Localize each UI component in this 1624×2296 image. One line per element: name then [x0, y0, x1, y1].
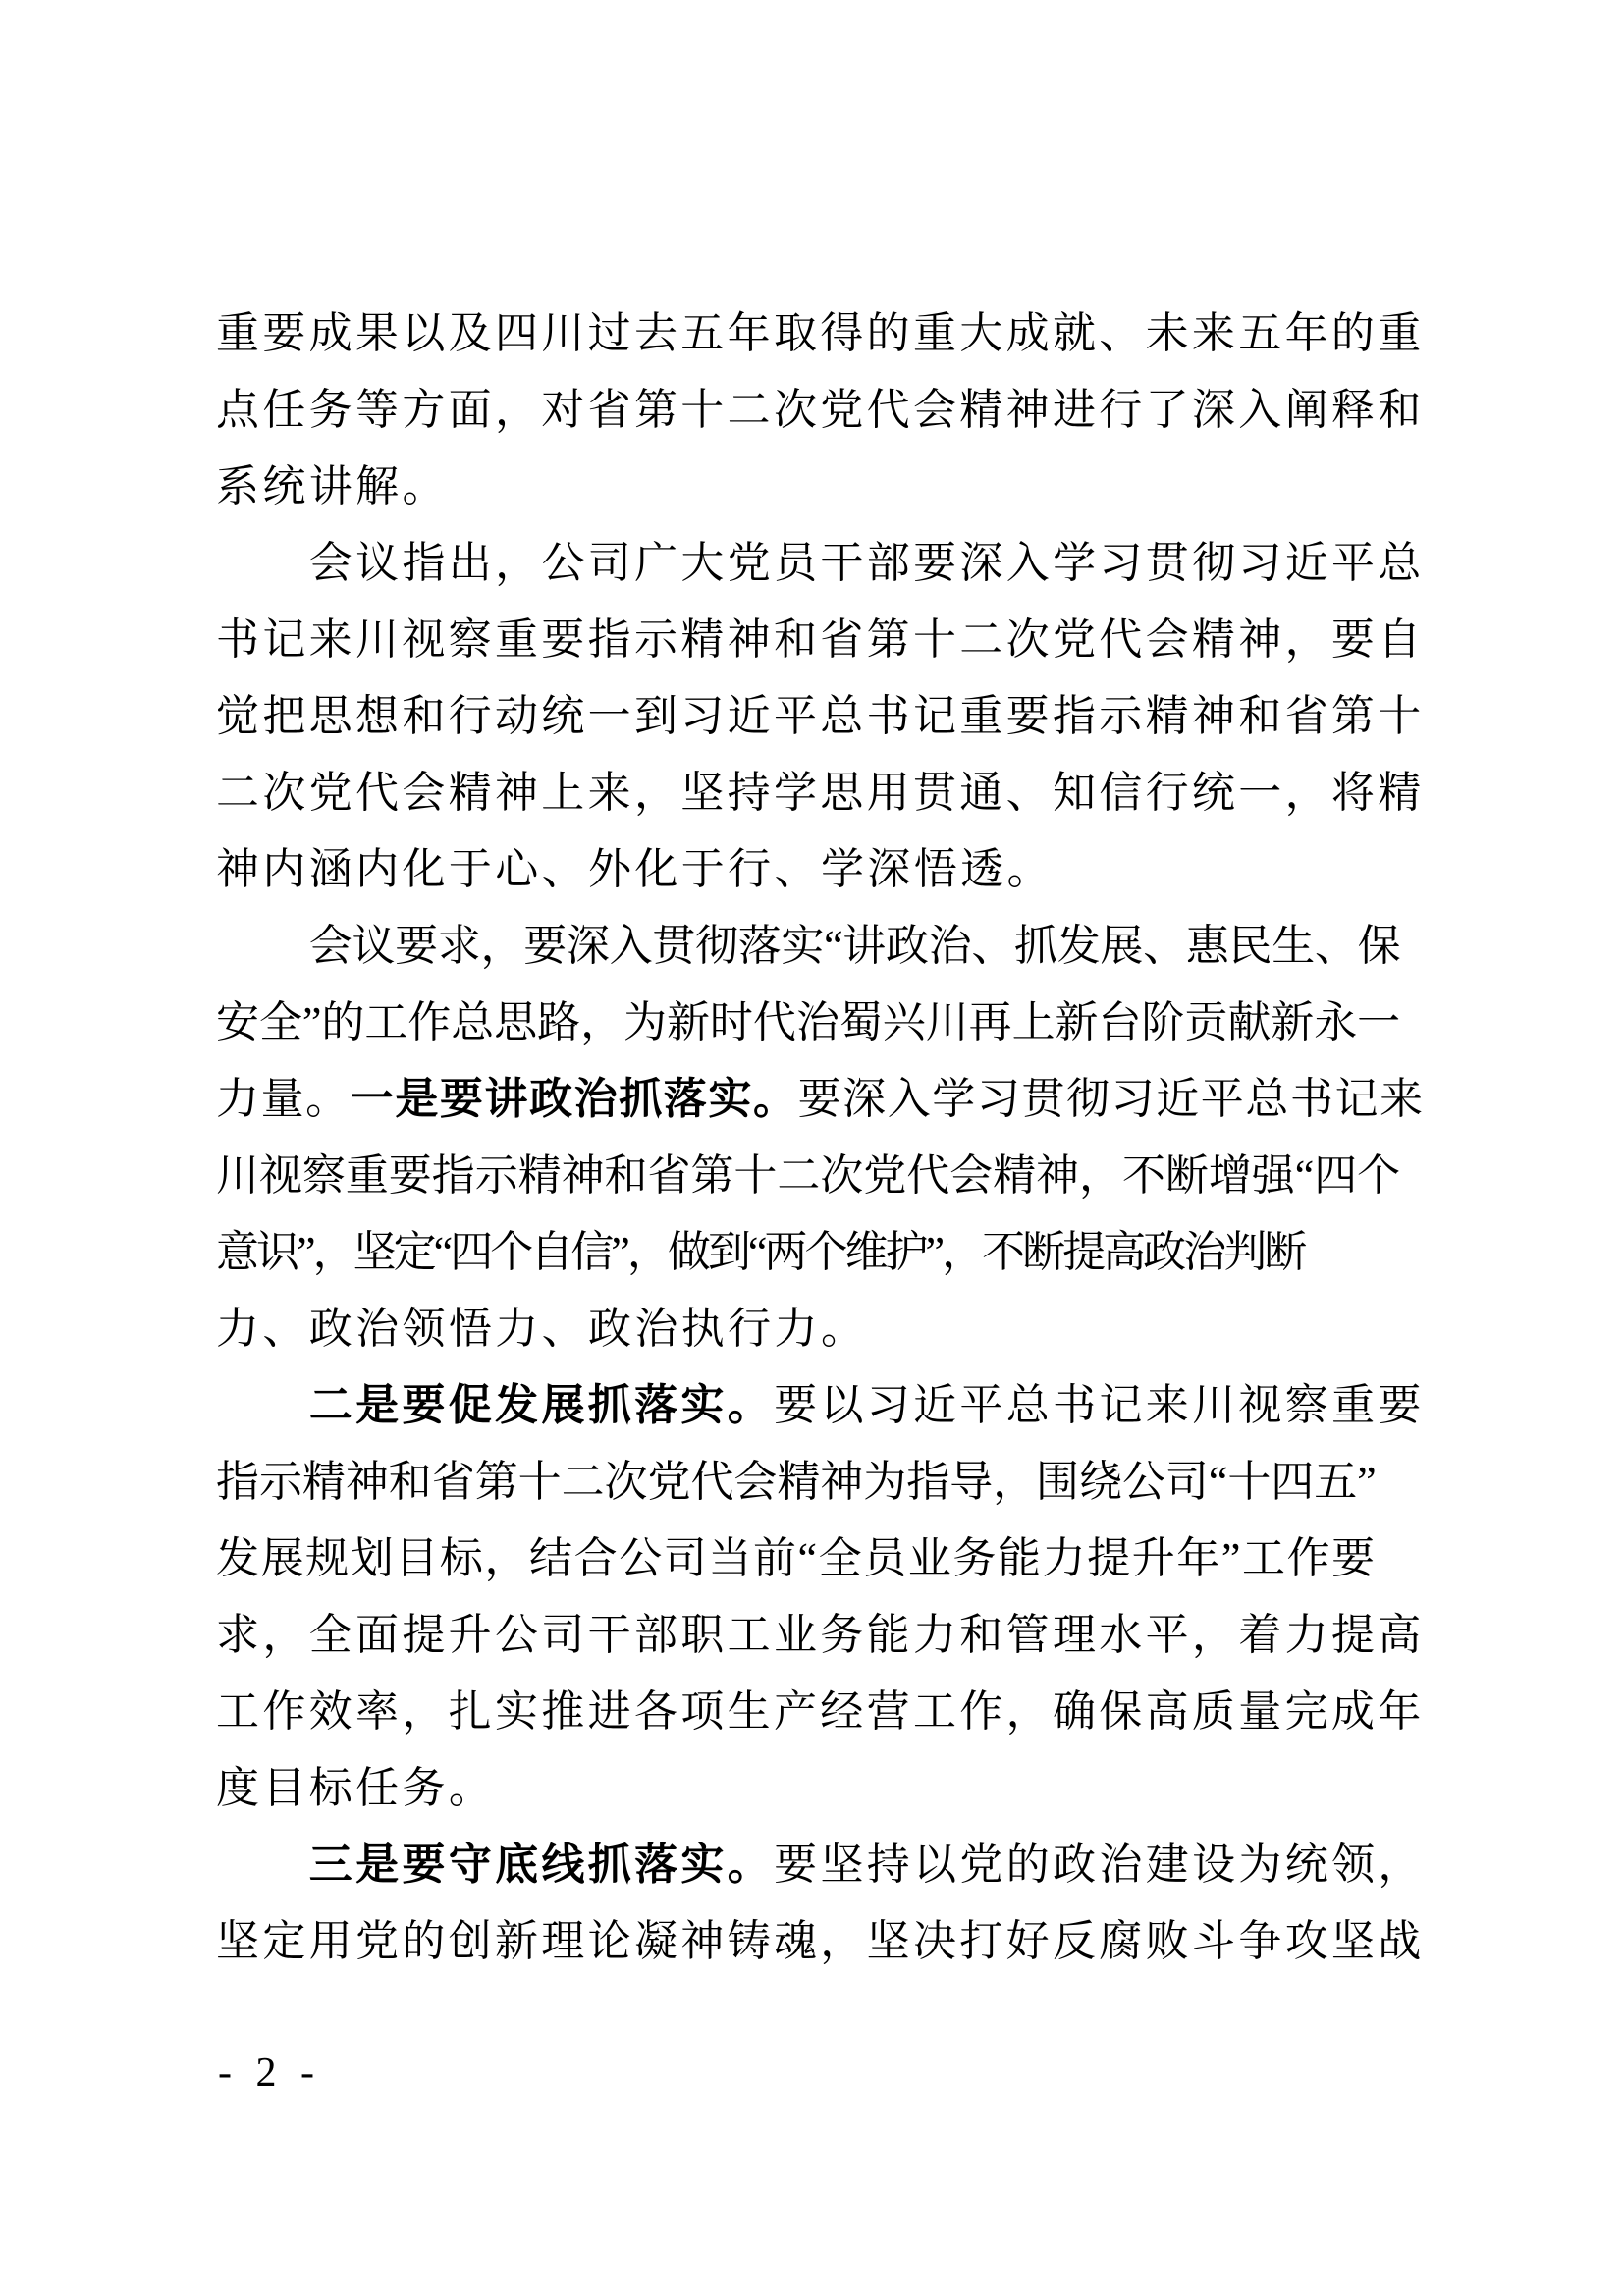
- text-line: 力量。一是要讲政治抓落实。要深入学习贯彻习近平总书记来: [216, 1061, 1426, 1138]
- text-run: 系统讲解。: [216, 462, 449, 510]
- text-line: 重要成果以及四川过去五年取得的重大成就、未来五年的重: [216, 295, 1426, 372]
- text-line: 系统讲解。: [216, 449, 1426, 525]
- text-run: 要深入学习贯彻习近平总书记来: [798, 1075, 1425, 1123]
- text-line: 觉把思想和行动统一到习近平总书记重要指示精神和省第十: [216, 678, 1426, 755]
- text-line: 工作效率，扎实推进各项生产经营工作，确保高质量完成年: [216, 1674, 1426, 1750]
- text-line: 二次党代会精神上来，坚持学思用贯通、知信行统一，将精: [216, 755, 1426, 831]
- text-run: 会议要求，要深入贯彻落实“讲政治、抓发展、惠民生、保: [309, 922, 1400, 970]
- text-run: 坚定用党的创新理论凝神铸魂，坚决打好反腐败斗争攻坚战: [216, 1917, 1425, 1965]
- text-line: 坚定用党的创新理论凝神铸魂，坚决打好反腐败斗争攻坚战: [216, 1903, 1426, 1980]
- text-line: 会议要求，要深入贯彻落实“讲政治、抓发展、惠民生、保: [216, 908, 1426, 985]
- text-line: 安全”的工作总思路，为新时代治蜀兴川再上新台阶贡献新永一: [216, 985, 1426, 1061]
- text-run: 指示精神和省第十二次党代会精神为指导，围绕公司“十四五”: [216, 1458, 1377, 1506]
- text-run: 川视察重要指示精神和省第十二次党代会精神，不断增强“四个: [216, 1151, 1400, 1200]
- text-run: 重要成果以及四川过去五年取得的重大成就、未来五年的重: [216, 309, 1425, 357]
- text-run: 要坚持以党的政治建设为统领，: [774, 1841, 1425, 1889]
- text-line: 点任务等方面，对省第十二次党代会精神进行了深入阐释和: [216, 372, 1426, 449]
- text-run: 书记来川视察重要指示精神和省第十二次党代会精神，要自: [216, 615, 1425, 664]
- text-run: 求，全面提升公司干部职工业务能力和管理水平，着力提高: [216, 1611, 1425, 1659]
- text-run: 会议指出，公司广大党员干部要深入学习贯彻习近平总: [309, 539, 1425, 587]
- text-run: 要以习近平总书记来川视察重要: [774, 1381, 1425, 1429]
- emphasis-run: 二是要促发展抓落实。: [309, 1381, 774, 1429]
- document-page: 重要成果以及四川过去五年取得的重大成就、未来五年的重点任务等方面，对省第十二次党…: [0, 0, 1624, 2296]
- document-body: 重要成果以及四川过去五年取得的重大成就、未来五年的重点任务等方面，对省第十二次党…: [216, 295, 1426, 1980]
- paragraph: 二是要促发展抓落实。要以习近平总书记来川视察重要指示精神和省第十二次党代会精神为…: [216, 1367, 1426, 1827]
- emphasis-run: 一是要讲政治抓落实。: [351, 1075, 798, 1123]
- emphasis-run: 三是要守底线抓落实。: [309, 1841, 774, 1889]
- text-run: 工作效率，扎实推进各项生产经营工作，确保高质量完成年: [216, 1687, 1425, 1735]
- text-run: 二次党代会精神上来，坚持学思用贯通、知信行统一，将精: [216, 769, 1425, 817]
- text-line: 意识”，坚定“四个自信”，做到“两个维护”，不断提高政治判断: [216, 1214, 1426, 1291]
- page-number: - 2 -: [218, 2050, 321, 2097]
- text-run: 发展规划目标，结合公司当前“全员业务能力提升年”工作要: [216, 1534, 1377, 1582]
- text-line: 指示精神和省第十二次党代会精神为指导，围绕公司“十四五”: [216, 1444, 1426, 1521]
- text-line: 度目标任务。: [216, 1750, 1426, 1827]
- text-line: 神内涵内化于心、外化于行、学深悟透。: [216, 831, 1426, 908]
- text-line: 三是要守底线抓落实。要坚持以党的政治建设为统领，: [216, 1827, 1426, 1903]
- paragraph: 三是要守底线抓落实。要坚持以党的政治建设为统领，坚定用党的创新理论凝神铸魂，坚决…: [216, 1827, 1426, 1980]
- paragraph: 会议要求，要深入贯彻落实“讲政治、抓发展、惠民生、保安全”的工作总思路，为新时代…: [216, 908, 1426, 1367]
- text-run: 安全”的工作总思路，为新时代治蜀兴川再上新台阶贡献新永一: [216, 998, 1400, 1046]
- text-run: 觉把思想和行动统一到习近平总书记重要指示精神和省第十: [216, 692, 1425, 740]
- text-line: 力、政治领悟力、政治执行力。: [216, 1291, 1426, 1367]
- text-line: 二是要促发展抓落实。要以习近平总书记来川视察重要: [216, 1367, 1426, 1444]
- text-line: 求，全面提升公司干部职工业务能力和管理水平，着力提高: [216, 1597, 1426, 1674]
- text-run: 意识”，坚定“四个自信”，做到“两个维护”，不断提高政治判断: [216, 1228, 1304, 1276]
- text-run: 点任务等方面，对省第十二次党代会精神进行了深入阐释和: [216, 386, 1425, 434]
- text-run: 力、政治领悟力、政治执行力。: [216, 1305, 867, 1353]
- paragraph: 重要成果以及四川过去五年取得的重大成就、未来五年的重点任务等方面，对省第十二次党…: [216, 295, 1426, 525]
- text-line: 书记来川视察重要指示精神和省第十二次党代会精神，要自: [216, 602, 1426, 678]
- text-line: 发展规划目标，结合公司当前“全员业务能力提升年”工作要: [216, 1521, 1426, 1597]
- text-line: 会议指出，公司广大党员干部要深入学习贯彻习近平总: [216, 525, 1426, 602]
- paragraph: 会议指出，公司广大党员干部要深入学习贯彻习近平总书记来川视察重要指示精神和省第十…: [216, 525, 1426, 908]
- text-run: 度目标任务。: [216, 1764, 495, 1812]
- text-line: 川视察重要指示精神和省第十二次党代会精神，不断增强“四个: [216, 1138, 1426, 1214]
- text-run: 力量。: [216, 1075, 351, 1123]
- text-run: 神内涵内化于心、外化于行、学深悟透。: [216, 845, 1054, 893]
